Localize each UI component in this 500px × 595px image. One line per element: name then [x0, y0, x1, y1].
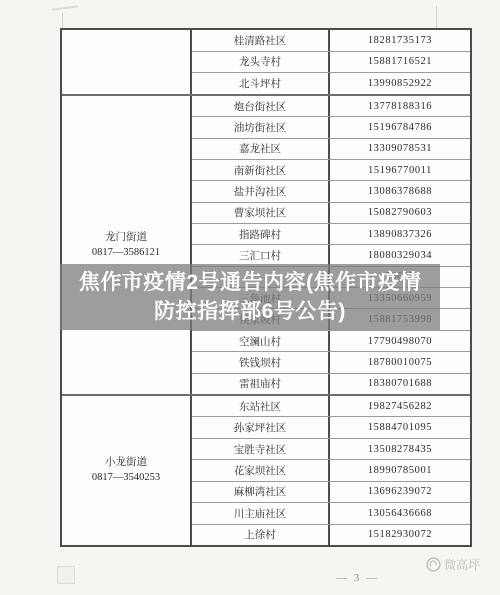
community-cell: 指路碑村: [192, 224, 330, 244]
street-cell: 龙门街道0817—3586121: [62, 96, 192, 394]
table-row: 雷祖庙村18380701688: [192, 373, 470, 394]
phone-cell: 13890837326: [330, 224, 470, 244]
street-block: 龙门街道0817—3586121炮台街社区13778188316油坊街社区151…: [62, 94, 470, 394]
phone-cell: 13696239072: [330, 482, 470, 502]
community-cell: 三汇口村: [192, 245, 330, 265]
scan-artifact-line: [52, 5, 78, 10]
table-row: 宝胜寺社区13508278435: [192, 438, 470, 459]
table-row: 孙家坪社区15884701095: [192, 416, 470, 437]
phone-cell: 15196784786: [330, 117, 470, 137]
table-row: 东站社区19827456282: [192, 396, 470, 416]
watermark: 微高坪: [426, 556, 480, 573]
phone-cell: 15881716521: [330, 52, 470, 73]
community-cell: 东站社区: [192, 396, 330, 416]
phone-cell: 13086378688: [330, 181, 470, 201]
overlay-title-line2: 防控指挥部6号公告): [154, 297, 346, 326]
scan-tick-right: [436, 6, 437, 28]
table-row: 三汇口村18080329034: [192, 244, 470, 265]
table-row: 曹家坝社区15082790603: [192, 202, 470, 223]
community-cell: 花家坝社区: [192, 460, 330, 480]
table-row: 麻柳湾社区13696239072: [192, 481, 470, 502]
phone-cell: 18281735173: [330, 30, 470, 51]
phone-cell: 15884701095: [330, 417, 470, 437]
phone-cell: 18380701688: [330, 374, 470, 394]
table-row: 空澜山村17790498070: [192, 330, 470, 351]
community-cell: 龙头寺村: [192, 52, 330, 73]
phone-cell: 19827456282: [330, 396, 470, 416]
phone-cell: 18780010075: [330, 352, 470, 372]
street-block: 小龙街道0817—3540253东站社区19827456282孙家坪社区1588…: [62, 394, 470, 545]
watermark-label: 微高坪: [444, 556, 480, 573]
table-row: 指路碑村13890837326: [192, 223, 470, 244]
community-cell: 北斗坪村: [192, 73, 330, 94]
community-cell: 麻柳湾社区: [192, 482, 330, 502]
street-block: 桂清路社区18281735173龙头寺村15881716521北斗坪村13990…: [62, 30, 470, 94]
phone-cell: 15196770011: [330, 160, 470, 180]
community-cell: 孙家坪社区: [192, 417, 330, 437]
phone-cell: 13990852922: [330, 73, 470, 94]
community-cell: 嘉龙社区: [192, 139, 330, 159]
community-cell: 曹家坝社区: [192, 203, 330, 223]
table-row: 炮台街社区13778188316: [192, 96, 470, 116]
table-row: 花家坝社区18990785001: [192, 459, 470, 480]
table-row: 盐井沟社区13086378688: [192, 180, 470, 201]
community-cell: 宝胜寺社区: [192, 439, 330, 459]
phone-cell: 15182930072: [330, 525, 470, 545]
street-cell: 小龙街道0817—3540253: [62, 396, 192, 545]
community-cell: 空澜山村: [192, 331, 330, 351]
rows-column: 东站社区19827456282孙家坪社区15884701095宝胜寺社区1350…: [192, 396, 470, 545]
phone-cell: 13056436668: [330, 503, 470, 523]
table-row: 北斗坪村13990852922: [192, 72, 470, 94]
table-row: 龙头寺村15881716521: [192, 51, 470, 73]
scan-tick-left: [62, 13, 63, 28]
community-cell: 炮台街社区: [192, 96, 330, 116]
phone-cell: 13508278435: [330, 439, 470, 459]
street-name: 龙门街道: [105, 230, 147, 245]
street-cell: [62, 30, 192, 94]
phone-cell: 17790498070: [330, 331, 470, 351]
title-overlay: 焦作市疫情2号通告内容(焦作市疫情 防控指挥部6号公告): [60, 264, 440, 330]
community-cell: 油坊街社区: [192, 117, 330, 137]
street-phone: 0817—3586121: [92, 245, 160, 260]
rows-column: 炮台街社区13778188316油坊街社区15196784786嘉龙社区1330…: [192, 96, 470, 394]
phone-cell: 15082790603: [330, 203, 470, 223]
community-cell: 桂清路社区: [192, 30, 330, 51]
community-cell: 雷祖庙村: [192, 374, 330, 394]
community-cell: 南新街社区: [192, 160, 330, 180]
phone-cell: 18990785001: [330, 460, 470, 480]
table-row: 嘉龙社区13309078531: [192, 138, 470, 159]
table-row: 桂清路社区18281735173: [192, 30, 470, 51]
overlay-title-line1: 焦作市疫情2号通告内容(焦作市疫情: [79, 268, 421, 297]
scan-artifact-box: [57, 566, 75, 584]
phone-cell: 13309078531: [330, 139, 470, 159]
street-name: 小龙街道: [105, 455, 147, 470]
community-cell: 川主庙社区: [192, 503, 330, 523]
phone-cell: 13778188316: [330, 96, 470, 116]
community-cell: 盐井沟社区: [192, 181, 330, 201]
phone-cell: 18080329034: [330, 245, 470, 265]
community-cell: 上徐村: [192, 525, 330, 545]
official-account-logo-icon: [426, 557, 441, 572]
page-number: — 3 —: [336, 572, 379, 584]
street-phone: 0817—3540253: [92, 470, 160, 485]
table-row: 川主庙社区13056436668: [192, 502, 470, 523]
rows-column: 桂清路社区18281735173龙头寺村15881716521北斗坪村13990…: [192, 30, 470, 94]
table-row: 上徐村15182930072: [192, 524, 470, 545]
community-cell: 铁钱坝村: [192, 352, 330, 372]
table-row: 油坊街社区15196784786: [192, 116, 470, 137]
table-row: 南新街社区15196770011: [192, 159, 470, 180]
table-row: 铁钱坝村18780010075: [192, 351, 470, 372]
